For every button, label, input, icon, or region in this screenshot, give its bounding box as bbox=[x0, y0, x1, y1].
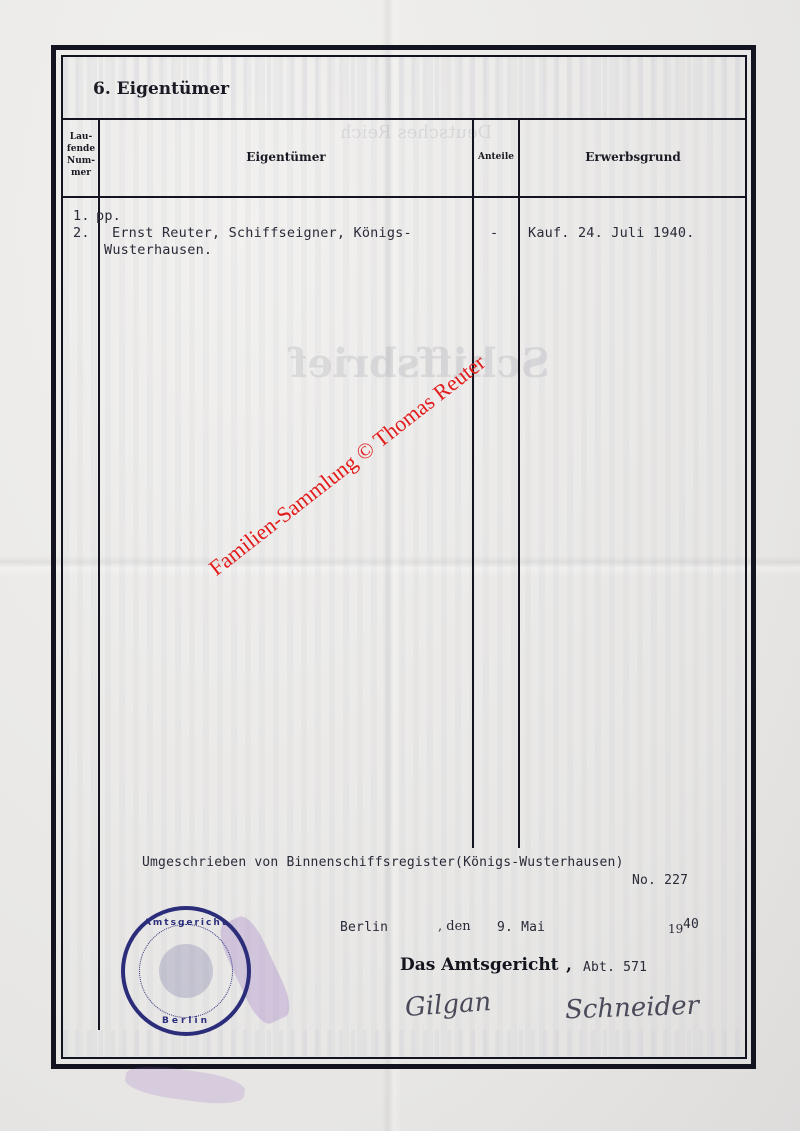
transfer-note-line2: No. 227 bbox=[632, 873, 688, 888]
official-seal-stamp: Amtsgericht Berlin bbox=[121, 906, 251, 1036]
place: Berlin bbox=[340, 920, 388, 935]
court-name: Das Amtsgericht bbox=[400, 955, 559, 975]
court-department: Abt. 571 bbox=[583, 960, 647, 975]
signature-1: Gilgan bbox=[404, 987, 492, 1023]
den-label: , den bbox=[438, 919, 471, 934]
row-1-owner: pp. bbox=[96, 208, 121, 224]
document-page: Deutsches Reich Schiffsbrief 6. Eigentüm… bbox=[0, 0, 800, 1131]
year-prefix: 19 bbox=[668, 922, 683, 936]
inner-border bbox=[61, 55, 747, 1059]
seal-top-text: Amtsgericht bbox=[125, 918, 247, 928]
seal-bottom-text: Berlin bbox=[125, 1016, 247, 1026]
header-laufende-nummer: Lau- fende Num- mer bbox=[63, 131, 99, 179]
row-2-owner-line1: Ernst Reuter, Schiffseigner, Königs- bbox=[112, 225, 412, 241]
header-anteile: Anteile bbox=[474, 152, 518, 162]
header-erwerbsgrund: Erwerbsgrund bbox=[520, 150, 746, 164]
signature-2: Schneider bbox=[565, 991, 700, 1026]
year-suffix: 40 bbox=[683, 917, 699, 932]
column-divider-nr bbox=[98, 118, 100, 1030]
header-nr-line: mer bbox=[63, 167, 99, 179]
row-2-nr: 2. bbox=[73, 225, 90, 241]
court-separator: , bbox=[566, 955, 572, 975]
date-day-month: 9. Mai bbox=[497, 920, 545, 935]
header-nr-line: fende bbox=[63, 143, 99, 155]
table-header-rule bbox=[63, 196, 747, 198]
transfer-note-line1: Umgeschrieben von Binnenschiffsregister(… bbox=[142, 855, 624, 870]
column-divider-owner bbox=[472, 118, 474, 848]
header-eigentuemer: Eigentümer bbox=[100, 150, 472, 164]
guilloche-pattern-bottom bbox=[63, 1030, 745, 1056]
header-nr-line: Num- bbox=[63, 155, 99, 167]
column-divider-shares bbox=[518, 118, 520, 848]
header-nr-line: Lau- bbox=[63, 131, 99, 143]
seal-emblem bbox=[159, 944, 213, 998]
row-2-shares: - bbox=[490, 225, 498, 241]
row-1-nr: 1. bbox=[73, 208, 90, 224]
section-title: 6. Eigentümer bbox=[93, 79, 229, 99]
row-2-reason: Kauf. 24. Juli 1940. bbox=[528, 225, 695, 241]
row-2-owner-line2: Wusterhausen. bbox=[104, 242, 212, 258]
table-top-rule bbox=[63, 118, 747, 120]
